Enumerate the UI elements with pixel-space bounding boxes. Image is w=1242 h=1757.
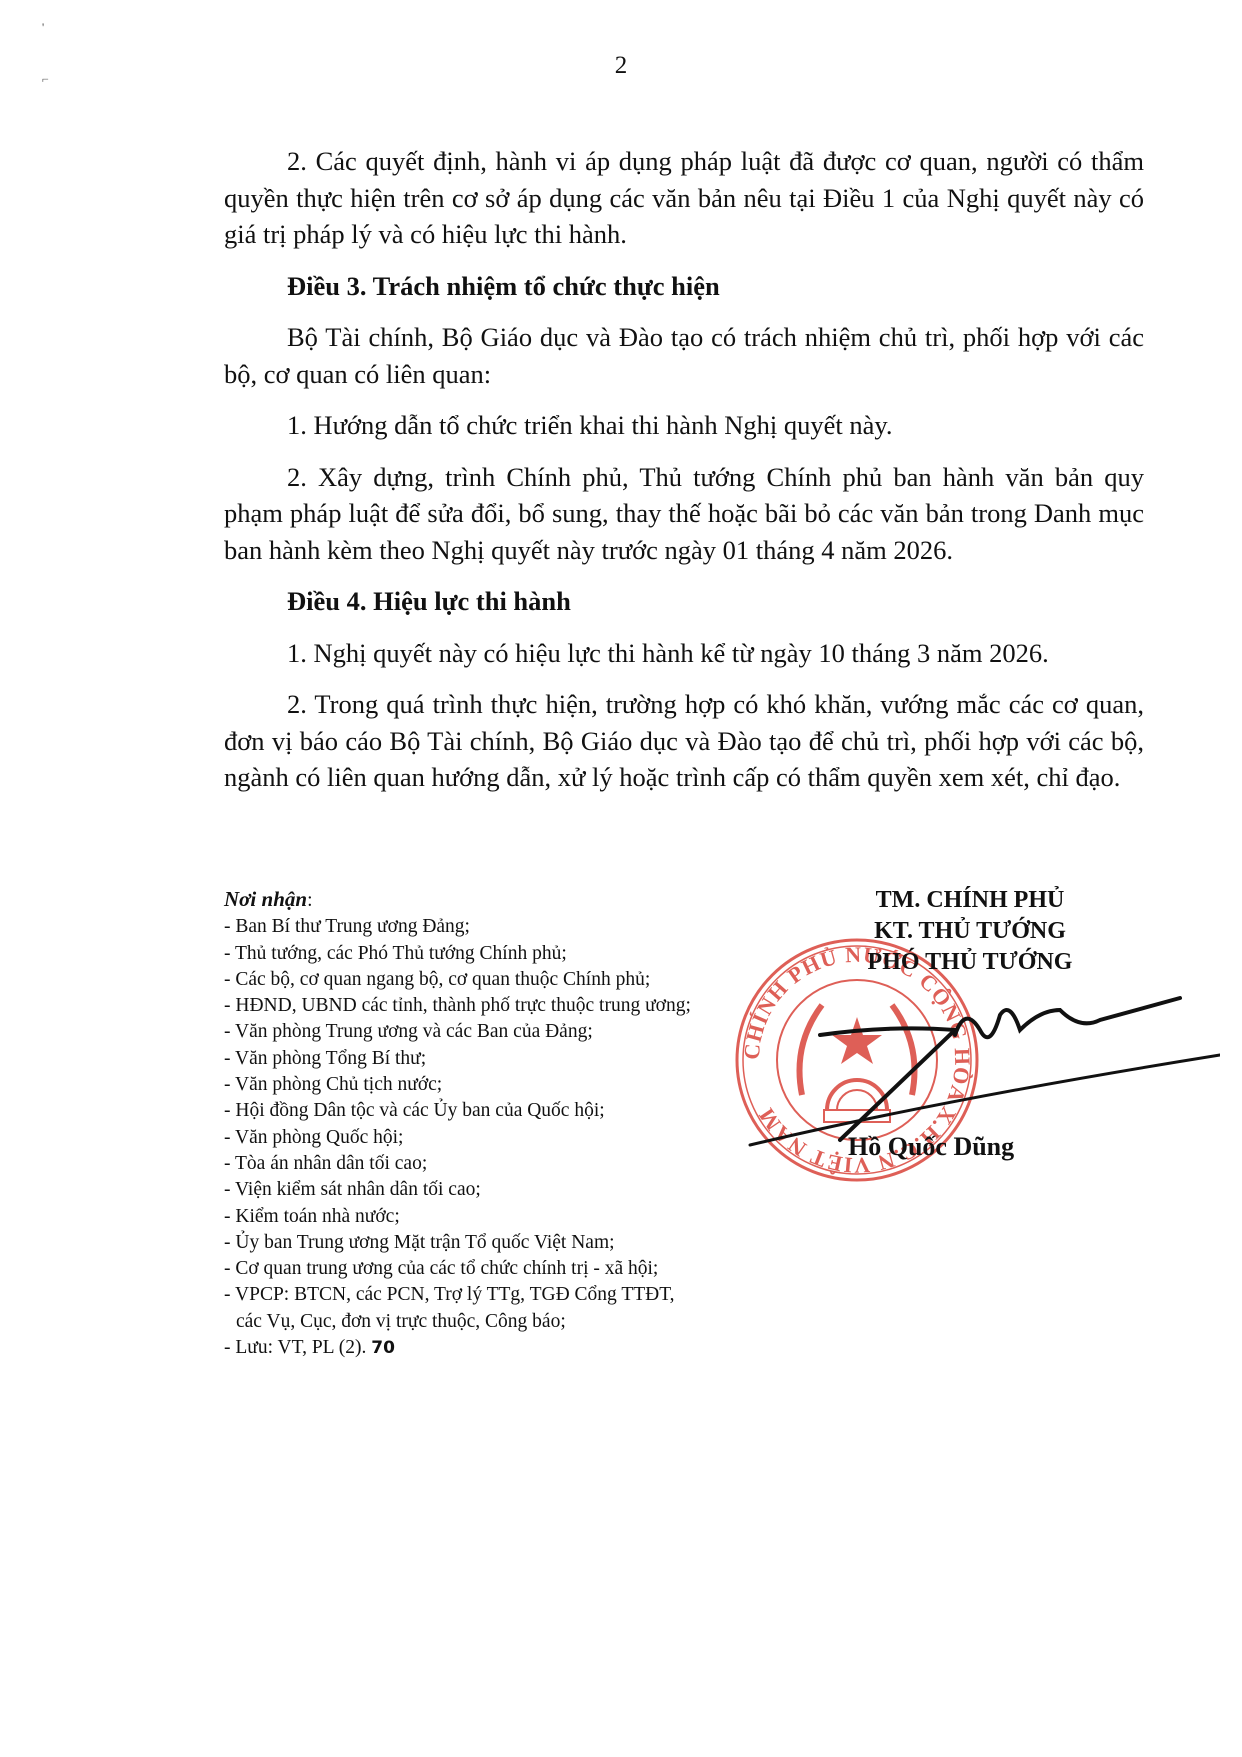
handwritten-note: 70 [371, 1338, 395, 1358]
page-number: 2 [0, 52, 1242, 80]
recipient-item: - Thủ tướng, các Phó Thủ tướng Chính phủ… [224, 941, 784, 967]
recipients-list: Nơi nhận: - Ban Bí thư Trung ương Đảng;-… [224, 886, 784, 1361]
recipient-item: - Văn phòng Trung ương và các Ban của Đả… [224, 1019, 784, 1045]
archive-text: - Lưu: VT, PL (2). [224, 1337, 366, 1358]
recipients-title: Nơi nhận [224, 887, 307, 911]
signature-line-2: KT. THỦ TƯỚNG [830, 916, 1110, 947]
recipient-item: - Văn phòng Quốc hội; [224, 1125, 784, 1151]
paragraph: 2. Trong quá trình thực hiện, trường hợp… [224, 686, 1144, 796]
recipient-items: - Ban Bí thư Trung ương Đảng;- Thủ tướng… [224, 914, 784, 1308]
recipient-item: - Tòa án nhân dân tối cao; [224, 1151, 784, 1177]
paragraph: 1. Hướng dẫn tổ chức triển khai thi hành… [224, 407, 1144, 444]
recipient-item: - Kiểm toán nhà nước; [224, 1204, 784, 1230]
recipient-item: - HĐND, UBND các tỉnh, thành phố trực th… [224, 993, 784, 1019]
recipient-item: - Cơ quan trung ương của các tổ chức chí… [224, 1256, 784, 1282]
recipient-archive: - Lưu: VT, PL (2). 70 [224, 1335, 784, 1361]
recipients-colon: : [307, 890, 312, 911]
recipient-item: - Ban Bí thư Trung ương Đảng; [224, 914, 784, 940]
recipient-item: - Văn phòng Tổng Bí thư; [224, 1046, 784, 1072]
paragraph: 1. Nghị quyết này có hiệu lực thi hành k… [224, 635, 1144, 672]
signature-line-3: PHÓ THỦ TƯỚNG [830, 947, 1110, 978]
article-heading: Điều 4. Hiệu lực thi hành [224, 583, 1144, 620]
signer-name: Hồ Quốc Dũng [848, 1132, 1014, 1162]
recipient-item: - VPCP: BTCN, các PCN, Trợ lý TTg, TGĐ C… [224, 1282, 784, 1308]
paragraph: Bộ Tài chính, Bộ Giáo dục và Đào tạo có … [224, 319, 1144, 392]
signature-block: TM. CHÍNH PHỦ KT. THỦ TƯỚNG PHÓ THỦ TƯỚN… [830, 885, 1110, 978]
recipient-item: - Các bộ, cơ quan ngang bộ, cơ quan thuộ… [224, 967, 784, 993]
recipient-item: - Hội đồng Dân tộc và các Ủy ban của Quố… [224, 1098, 784, 1124]
recipient-continuation: các Vụ, Cục, đơn vị trực thuộc, Công báo… [224, 1309, 784, 1335]
document-body: 2. Các quyết định, hành vi áp dụng pháp … [224, 143, 1144, 811]
recipient-item: - Ủy ban Trung ương Mặt trận Tổ quốc Việ… [224, 1230, 784, 1256]
scan-mark: ' [42, 20, 44, 35]
recipients-heading: Nơi nhận: [224, 886, 784, 914]
recipient-item: - Viện kiểm sát nhân dân tối cao; [224, 1177, 784, 1203]
signature-line-1: TM. CHÍNH PHỦ [830, 885, 1110, 916]
article-heading: Điều 3. Trách nhiệm tổ chức thực hiện [224, 268, 1144, 305]
paragraph: 2. Các quyết định, hành vi áp dụng pháp … [224, 143, 1144, 253]
recipient-item: - Văn phòng Chủ tịch nước; [224, 1072, 784, 1098]
paragraph: 2. Xây dựng, trình Chính phủ, Thủ tướng … [224, 459, 1144, 569]
